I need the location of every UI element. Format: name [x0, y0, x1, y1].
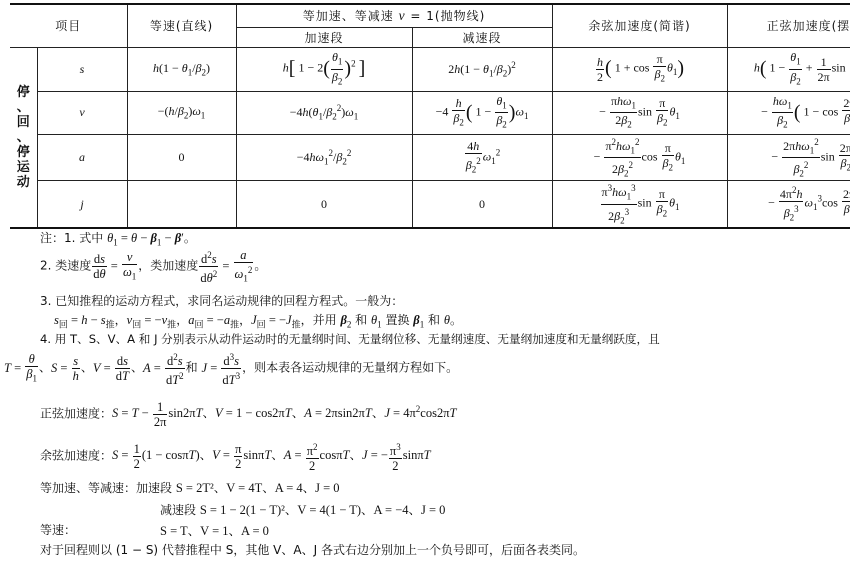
cell-v-constant: −(h/β2)ω1 — [127, 91, 236, 134]
var-j: j — [37, 181, 127, 228]
note-4-definitions: T = θβ1、S = sh、V = dsdT、A = d2sdT2和 J = … — [4, 350, 458, 387]
header-constant-velocity: 等速(直线) — [127, 4, 236, 47]
header-accel-segment: 加速段 — [236, 27, 412, 47]
cell-s-cosine: h2( 1 + cos πβ2θ1) — [552, 47, 727, 91]
cell-j-accel: 0 — [236, 181, 412, 228]
note-2: 2. 类速度dsdθ = vω1，类加速度d2sdθ2 = aω12。 — [40, 248, 266, 286]
cell-j-cosine: π3hω132β23sin πβ2θ1 — [552, 181, 727, 228]
var-v: v — [37, 91, 127, 134]
table-row: a 0 −4hω12/β22 4hβ22ω12 − π2hω122β22cos … — [10, 134, 850, 181]
cell-a-sine: − 2πhω12β22sin 2πβ2θ1 — [727, 134, 850, 181]
sine-dimensionless-eq: 正弦加速度：S = T − 12πsin2πT、V = 1 − cos2πT、A… — [40, 400, 456, 429]
note-4: 4. 用 T、S、V、A 和 J 分别表示从动件运动时的无量纲时间、无量纲位移、… — [40, 331, 660, 347]
cell-s-accel: h[ 1 − 2(θ1β2)2 ] — [236, 47, 412, 91]
const-velocity-label: 等速： — [40, 521, 76, 538]
cell-s-decel: 2h(1 − θ1/β2)2 — [412, 47, 552, 91]
note-1: 注：1. 式中 θ1 = θ − β1 − β′。 — [40, 229, 196, 248]
cell-j-sine: − 4π2hβ23ω13cos 2πβ2θ1 — [727, 181, 850, 228]
group-label-cell: 停、回、停运动 — [10, 47, 37, 228]
cell-v-decel: −4 hβ2( 1 − θ1β2)ω1 — [412, 91, 552, 134]
cell-v-cosine: − πhω12β2sin πβ2θ1 — [552, 91, 727, 134]
table-row: j 0 0 π3hω132β23sin πβ2θ1 − 4π2hβ23ω13co… — [10, 181, 850, 228]
motion-law-table: 项目 等速(直线) 等加速、等减速 ν = 1(抛物线) 余弦加速度(简谐) 正… — [10, 3, 850, 229]
table-row: 停、回、停运动 s h(1 − θ1/β2) h[ 1 − 2(θ1β2)2 ]… — [10, 47, 850, 91]
note-3-equation: s回 = h − s推，v回 = −v推，a回 = −a推，J回 = −J推，并… — [54, 311, 462, 331]
cell-j-decel: 0 — [412, 181, 552, 228]
table-row: v −(h/β2)ω1 −4h(θ1/β22)ω1 −4 hβ2( 1 − θ1… — [10, 91, 850, 134]
cell-v-sine: − hω1β2( 1 − cos 2πβ2θ1) — [727, 91, 850, 134]
note-final: 对于回程则以 (1 − S) 代替推程中 S，其他 V、A、J 各式右边分别加上… — [40, 541, 585, 558]
header-sine: 正弦加速度(摆线) — [727, 4, 850, 47]
header-parabolic-group: 等加速、等减速 ν = 1(抛物线) — [236, 4, 552, 27]
header-decel-segment: 减速段 — [412, 27, 552, 47]
header-item: 项目 — [10, 4, 127, 47]
parabolic-decel-eq: 减速段 S = 1 − 2(1 − T)²、V = 4(1 − T)、A = −… — [160, 500, 445, 518]
motion-law-table-container: 项目 等速(直线) 等加速、等减速 ν = 1(抛物线) 余弦加速度(简谐) 正… — [10, 3, 850, 229]
cell-s-constant: h(1 − θ1/β2) — [127, 47, 236, 91]
cosine-dimensionless-eq: 余弦加速度：S = 12(1 − cosπT)、V = π2sinπT、A = … — [40, 440, 431, 473]
cell-a-decel: 4hβ22ω12 — [412, 134, 552, 181]
var-s: s — [37, 47, 127, 91]
cell-v-accel: −4h(θ1/β22)ω1 — [236, 91, 412, 134]
var-a: a — [37, 134, 127, 181]
header-cosine: 余弦加速度(简谐) — [552, 4, 727, 47]
parabolic-accel-eq: 等加速、等减速：加速段 S = 2T²、V = 4T、A = 4、J = 0 — [40, 478, 340, 496]
cell-j-constant — [127, 181, 236, 228]
group-label: 停、回、停运动 — [16, 85, 30, 190]
note-3: 3. 已知推程的运动方程式，求同名运动规律的回程方程式。一般为： — [40, 292, 403, 309]
cell-a-constant: 0 — [127, 134, 236, 181]
cell-s-sine: h( 1 − θ1β2 + 12πsin 2πβ2θ1) — [727, 47, 850, 91]
const-velocity-eq: S = T、V = 1、A = 0 — [160, 521, 269, 539]
cell-a-accel: −4hω12/β22 — [236, 134, 412, 181]
cell-a-cosine: − π2hω122β22cos πβ2θ1 — [552, 134, 727, 181]
